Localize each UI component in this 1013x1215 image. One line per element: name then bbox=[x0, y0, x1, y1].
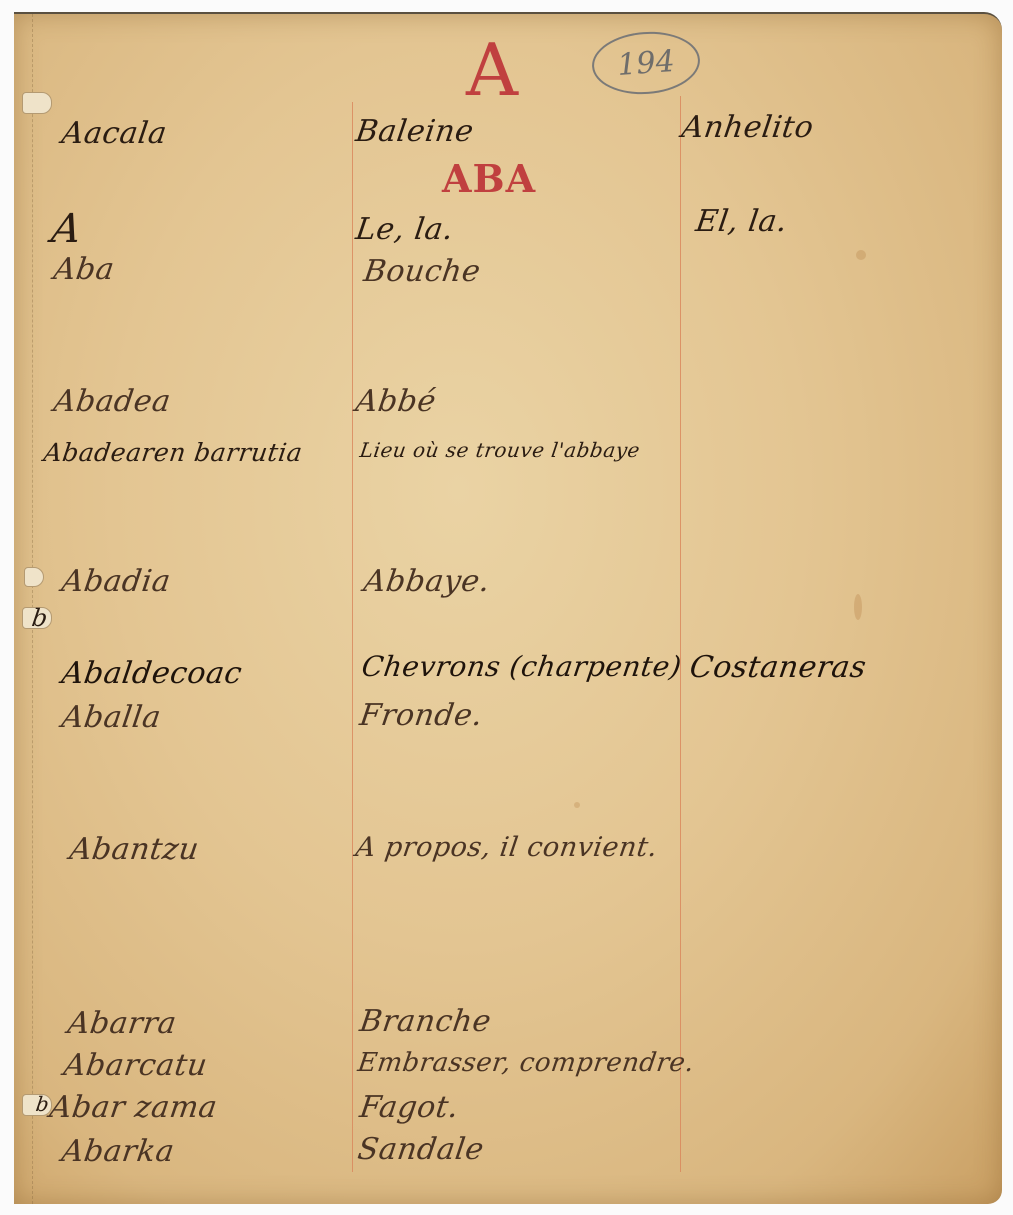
binding-tab bbox=[24, 567, 44, 587]
entry-basque: A bbox=[49, 206, 85, 252]
manuscript-page: 194 A ABA Aacala Baleine Anhelito A Le, … bbox=[14, 12, 1002, 1204]
section-heading: ABA bbox=[442, 156, 536, 201]
column-header-spanish: Anhelito bbox=[680, 110, 816, 145]
entry-french: Chevrons (charpente) bbox=[360, 650, 684, 683]
entry-french: Lieu où se trouve l'abbaye bbox=[358, 438, 641, 462]
entry-basque: Abarra bbox=[66, 1006, 179, 1041]
column-header-french: Baleine bbox=[354, 114, 476, 149]
entry-basque: Abar zama bbox=[48, 1090, 220, 1125]
column-rule-left bbox=[352, 102, 353, 1172]
entry-basque: Abarka bbox=[60, 1134, 177, 1169]
entry-french: Branche bbox=[358, 1004, 494, 1039]
entry-french: Fronde. bbox=[358, 698, 485, 733]
section-letter: A bbox=[466, 28, 518, 112]
entry-spanish: El, la. bbox=[694, 204, 790, 239]
entry-basque: Aballa bbox=[60, 700, 164, 735]
entry-basque: Abarcatu bbox=[62, 1048, 210, 1083]
entry-french: Fagot. bbox=[358, 1090, 461, 1125]
paper-stain bbox=[574, 802, 580, 808]
entry-french: Abbé bbox=[354, 384, 439, 419]
margin-mark: b bbox=[30, 604, 50, 632]
entry-basque: Abadia bbox=[60, 564, 173, 599]
entry-basque: Aba bbox=[52, 252, 117, 287]
folio-number: 194 bbox=[590, 28, 702, 97]
entry-basque: Abantzu bbox=[68, 832, 202, 867]
paper-stain bbox=[856, 250, 866, 260]
entry-french: Embrasser, comprendre. bbox=[356, 1048, 696, 1078]
entry-french: Sandale bbox=[356, 1132, 487, 1167]
entry-french: Abbaye. bbox=[362, 564, 493, 599]
paper-stain bbox=[854, 594, 862, 620]
entry-basque: Abadea bbox=[52, 384, 174, 419]
entry-french: Le, la. bbox=[354, 212, 456, 247]
binding-tab bbox=[22, 92, 52, 114]
entry-spanish: Costaneras bbox=[688, 650, 869, 685]
entry-french: Bouche bbox=[362, 254, 483, 289]
column-rule-right bbox=[680, 96, 681, 1172]
entry-basque: Abaldecoac bbox=[60, 656, 245, 691]
entry-basque: Abadearen barrutia bbox=[42, 438, 304, 467]
column-header-basque: Aacala bbox=[60, 116, 170, 151]
entry-french: A propos, il convient. bbox=[354, 832, 660, 863]
